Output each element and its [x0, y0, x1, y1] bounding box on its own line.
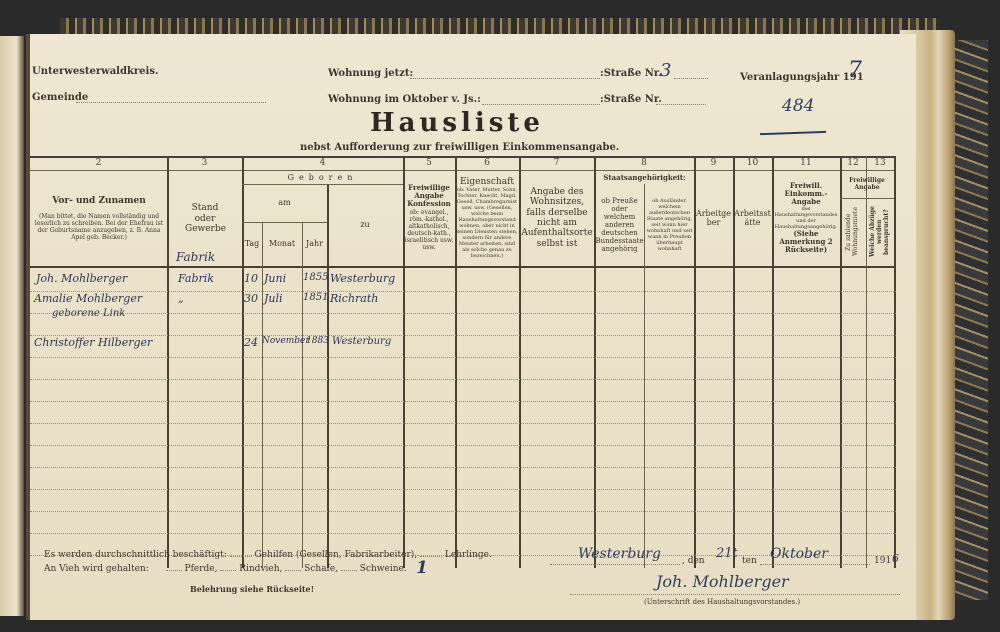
- district-label: Unterwesterwaldkreis.: [32, 66, 158, 77]
- row-occupation: „: [178, 292, 184, 305]
- cattle-label: Rindvieh,: [239, 564, 282, 574]
- header-voluntary-title: Freiwillige Angabe: [840, 178, 894, 192]
- register-number-underline: [760, 131, 826, 135]
- header-confession-note: ob: evangel., röm.-kathol., altkatholisc…: [404, 209, 454, 252]
- assessment-year-digit: 7: [848, 58, 862, 83]
- header-born-am: am: [242, 186, 327, 220]
- street-no-october-field: [656, 104, 706, 105]
- ten-label: ten: [742, 556, 757, 566]
- table-header-rule: [30, 266, 896, 268]
- row-line: [30, 511, 896, 512]
- house-list-page: Unterwesterwaldkreis. Gemeinde Wohnung j…: [26, 34, 916, 620]
- column-number: 4: [242, 158, 403, 168]
- row-month: November: [262, 336, 310, 346]
- place-value: Westerburg: [578, 546, 661, 562]
- apprentices-label: Lehrlinge.: [445, 550, 492, 560]
- col-divider: [262, 222, 263, 568]
- header-relation-title: Eigenschaft: [460, 177, 514, 187]
- col-divider: [167, 156, 169, 568]
- book-cover-marbled: [952, 40, 988, 600]
- col-divider: [894, 156, 896, 568]
- employed-label: Es werden durchschnittlich beschäftigt:: [44, 550, 227, 560]
- row-day: 24: [244, 336, 258, 349]
- header-relation: Eigenschaft ob: Vater, Mutter, Sohn, Toc…: [456, 172, 518, 264]
- horses-label: Pferde,: [185, 564, 218, 574]
- row-name: geborene Link: [52, 308, 125, 319]
- row-line: [30, 335, 896, 336]
- header-rent: Zu zahlende Wohnungsmiete: [841, 200, 865, 264]
- pigs-field: [341, 570, 357, 571]
- residence-october-field: [482, 104, 600, 105]
- column-number: 13: [866, 158, 894, 168]
- voluntary-rule: [840, 198, 894, 199]
- header-citizenship-title: Staatsangehörigkeit:: [603, 174, 685, 182]
- left-page-edge: [0, 36, 24, 616]
- row-occupation: Fabrik: [178, 272, 214, 285]
- row-name: Amalie Mohlberger: [34, 292, 142, 305]
- signature-value: Joh. Mohlberger: [656, 572, 789, 591]
- horses-field: [166, 570, 182, 571]
- year-label: 191: [874, 556, 891, 566]
- row-name: Joh. Mohlberger: [36, 272, 127, 285]
- header-relation-note: ob: Vater, Mutter, Sohn, Tochter, Knecht…: [456, 187, 518, 259]
- livestock-line: An Vieh wird gehalten: Pferde, Rindvieh,…: [44, 564, 407, 574]
- residence-now-label: Wohnung jetzt:: [328, 68, 413, 79]
- apprentices-field: [420, 556, 442, 557]
- pigs-value: 1: [416, 558, 428, 578]
- residence-now-field: [410, 78, 600, 79]
- header-names-title: Vor- und Zunamen: [52, 196, 146, 206]
- row-year: 1883: [306, 336, 329, 346]
- row-line: [30, 445, 896, 446]
- header-income-title: Freiwill. Einkomm.-Angabe: [773, 182, 839, 206]
- row-line: [30, 379, 896, 380]
- municipality-field: [76, 102, 266, 103]
- header-workplace: Arbeitsstätte: [733, 172, 772, 264]
- page-title: Hausliste: [370, 108, 544, 138]
- row-name: Christoffer Hilberger: [34, 336, 152, 349]
- row-line: [30, 401, 896, 402]
- row-line: [30, 489, 896, 490]
- header-names-note: (Man bittet, die Namen vollständig und l…: [34, 213, 164, 242]
- header-year: Jahr: [302, 224, 327, 264]
- header-income-ref: (Siehe Anmerkung 2 Rückseite): [773, 230, 839, 254]
- header-citizenship-foreign: ob Ausländer, welchem außerdeutschen Sta…: [645, 186, 694, 264]
- street-no-label: :Straße Nr.: [600, 68, 662, 79]
- day-value: 21t: [716, 546, 738, 561]
- row-line: [30, 291, 896, 292]
- header-employer: Arbeitgeber: [694, 172, 733, 264]
- column-number: 5: [403, 158, 455, 168]
- occupation-header-handwritten: Fabrik: [176, 250, 215, 264]
- header-income-note: des Haushaltungsvorstandes und der Haush…: [773, 206, 839, 230]
- header-citizenship-german: ob Preuße oder welchem anderen deutschen…: [595, 186, 644, 264]
- row-place: Richrath: [330, 292, 378, 305]
- page-subtitle: nebst Aufforderung zur freiwilligen Eink…: [300, 142, 619, 153]
- row-day: 10: [244, 272, 258, 285]
- header-citizenship: Staatsangehörigkeit:: [595, 172, 694, 184]
- row-month: Juni: [264, 272, 286, 285]
- column-number: 11: [772, 158, 840, 168]
- header-income: Freiwill. Einkomm.-Angabe des Haushaltun…: [773, 172, 839, 264]
- row-line: [30, 357, 896, 358]
- header-month: Monat: [262, 224, 302, 264]
- street-no-field: [674, 78, 708, 79]
- row-month: Juli: [264, 292, 283, 305]
- row-day: 30: [244, 292, 258, 305]
- signature-field: [570, 594, 900, 595]
- cattle-field: [220, 570, 236, 571]
- street-no-october-label: :Straße Nr.: [600, 94, 662, 105]
- residence-october-label: Wohnung im Oktober v. Js.:: [328, 94, 481, 105]
- header-deductions: Welche Abzüge werden beansprucht?: [867, 200, 893, 264]
- header-day: Tag: [242, 224, 262, 264]
- livestock-label: An Vieh wird gehalten:: [44, 564, 149, 574]
- date-prefix: , den: [682, 556, 705, 566]
- header-confession: Freiwillige Angabe Konfession ob: evange…: [404, 172, 454, 264]
- column-number: 7: [519, 158, 594, 168]
- column-number: 6: [455, 158, 519, 168]
- register-number: 484: [782, 96, 814, 116]
- row-line: [30, 467, 896, 468]
- row-place: Westerburg: [330, 272, 395, 285]
- row-year: 1851: [303, 292, 328, 303]
- column-number-rule: [30, 170, 896, 171]
- signature-label: (Unterschrift des Haushaltungsvorstandes…: [644, 598, 800, 606]
- pigs-label: Schweine.: [360, 564, 407, 574]
- sheep-field: [285, 570, 301, 571]
- instruction-note: Belehrung siehe Rückseite!: [190, 584, 314, 594]
- row-line: [30, 533, 896, 534]
- place-field: [550, 564, 680, 565]
- header-deductions-title: Welche Abzüge werden beansprucht?: [870, 200, 891, 264]
- household-table: 2 3 4 5 6 7 8 9 10 11 12 13 Vor- und Zun…: [30, 156, 896, 570]
- row-line: [30, 423, 896, 424]
- street-no-value: 3: [660, 60, 671, 81]
- year-digit: 6: [892, 552, 899, 565]
- header-rent-title: Zu zahlende Wohnungsmiete: [846, 200, 860, 264]
- column-number: 9: [694, 158, 733, 168]
- header-voluntary: Freiwillige Angabe: [840, 172, 894, 198]
- row-place: Westerburg: [332, 336, 391, 347]
- header-names: Vor- und Zunamen (Man bittet, die Namen …: [34, 174, 164, 264]
- month-value: Oktober: [770, 546, 828, 562]
- journeymen-label: Gehilfen (Gesellen, Fabrikarbeiter),: [255, 550, 418, 560]
- column-number: 10: [733, 158, 772, 168]
- row-line: [30, 313, 896, 314]
- column-number: 8: [594, 158, 694, 168]
- row-year: 1855: [303, 272, 328, 283]
- header-born: Geboren: [242, 171, 403, 184]
- journeymen-field: [230, 556, 252, 557]
- month-field: [760, 564, 870, 565]
- header-born-zu: zu: [327, 186, 403, 264]
- header-confession-title: Freiwillige Angabe Konfession: [404, 184, 454, 208]
- assessment-year-label: Veranlagungsjahr 191: [740, 72, 864, 83]
- header-occupation-title: Stand oder Gewerbe: [185, 203, 225, 234]
- column-number: 3: [167, 158, 242, 168]
- born-am-rule: [242, 222, 327, 223]
- column-number: 12: [840, 158, 866, 168]
- column-number: 2: [30, 158, 167, 168]
- header-residence: Angabe des Wohnsitzes, falls derselbe ni…: [521, 172, 593, 264]
- sheep-label: Schafe,: [304, 564, 338, 574]
- born-rule: [242, 184, 403, 185]
